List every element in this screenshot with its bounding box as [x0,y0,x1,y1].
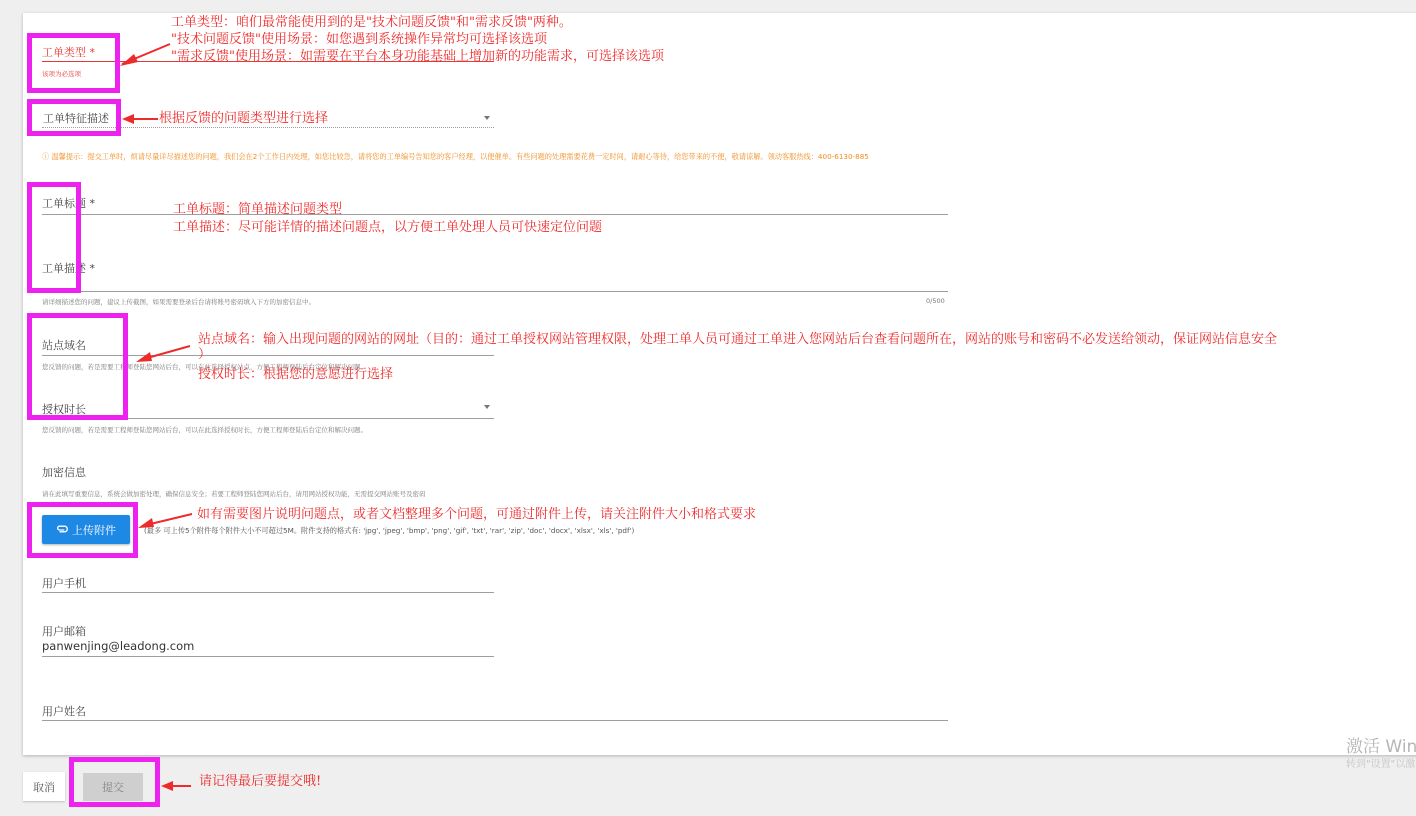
annotation-feature: 根据反馈的问题类型进行选择 [159,111,328,127]
feature-desc-dropdown-caret-icon[interactable] [484,116,490,120]
annotation-domain-tail: ） [198,347,211,363]
highlight-box-feature-desc [27,99,121,136]
description-helper: 请详细描述您的问题，建议上传截图，如果需要登录后台请将账号密码填入下方的加密信息… [42,297,315,306]
highlight-box-domain-duration [27,313,128,420]
encrypted-info-helper: 请在此填写重要信息，系统会做加密处理，确保信息安全；若要工程师登陆您网站后台，请… [42,489,426,498]
auth-duration-helper: 您反馈的问题，若是需要工程师登陆您网站后台，可以在此选择授权时长，方便工程师登陆… [42,425,367,434]
phone-input[interactable] [42,592,494,593]
annotation-arrow-icon [120,112,160,126]
name-input[interactable] [42,720,948,721]
annotation-arrow-icon [118,40,178,70]
annotation-type-line1: 工单类型：咱们最常能使用到的是"技术问题反馈"和"需求反馈"两种。 [171,15,572,31]
highlight-box-upload [27,502,138,558]
email-input[interactable] [42,656,494,657]
annotation-arrow-icon [159,779,193,793]
name-label: 用户姓名 [42,703,86,719]
annotation-title: 工单标题：简单描述问题类型 [173,202,342,218]
upload-note: (最多 可上传5个附件每个附件大小不可超过5M。附件支持的格式有: 'jpg',… [144,526,634,536]
highlight-box-title-desc [27,182,81,293]
phone-label: 用户手机 [42,575,86,591]
annotation-arrow-icon [136,510,196,532]
description-textarea[interactable] [42,291,948,292]
windows-activation-watermark: 激活 Windows [1346,732,1416,757]
highlight-box-ticket-type [27,33,120,93]
email-label: 用户邮箱 [42,623,86,639]
annotation-description: 工单描述：尽可能详情的描述问题点，以方便工单处理人员可快速定位问题 [173,220,602,236]
annotation-submit: 请记得最后要提交哦! [199,774,321,790]
annotation-type-line2: "技术问题反馈"使用场景：如您遇到系统操作异常均可选择该选项 [171,32,547,48]
encrypted-info-label[interactable]: 加密信息 [42,464,86,480]
warm-tip: ⓘ 温馨提示：提交工单时，烦请尽量详尽描述您的问题，我们会在2个工作日内处理，如… [42,152,869,162]
cancel-button[interactable]: 取消 [23,772,65,801]
windows-activation-hint: 转到"设置"以激活 Windows。 [1346,755,1416,770]
annotation-upload: 如有需要图片说明问题点，或者文档整理多个问题，可通过附件上传，请关注附件大小和格… [197,507,756,523]
annotation-domain: 站点域名：输入出现问题的网站的网址（目的：通过工单授权网站管理权限，处理工单人员… [198,332,1277,348]
annotation-arrow-icon [134,342,194,366]
email-input-value[interactable]: panwenjing@leadong.com [42,639,194,653]
highlight-box-submit [69,757,160,807]
annotation-duration: 授权时长：根据您的意愿进行选择 [198,367,393,383]
description-counter: 0/500 [926,297,945,305]
annotation-type-line3: "需求反馈"使用场景：如需要在平台本身功能基础上增加新的功能需求，可选择该选项 [171,49,664,65]
auth-duration-dropdown-caret-icon[interactable] [484,405,490,409]
